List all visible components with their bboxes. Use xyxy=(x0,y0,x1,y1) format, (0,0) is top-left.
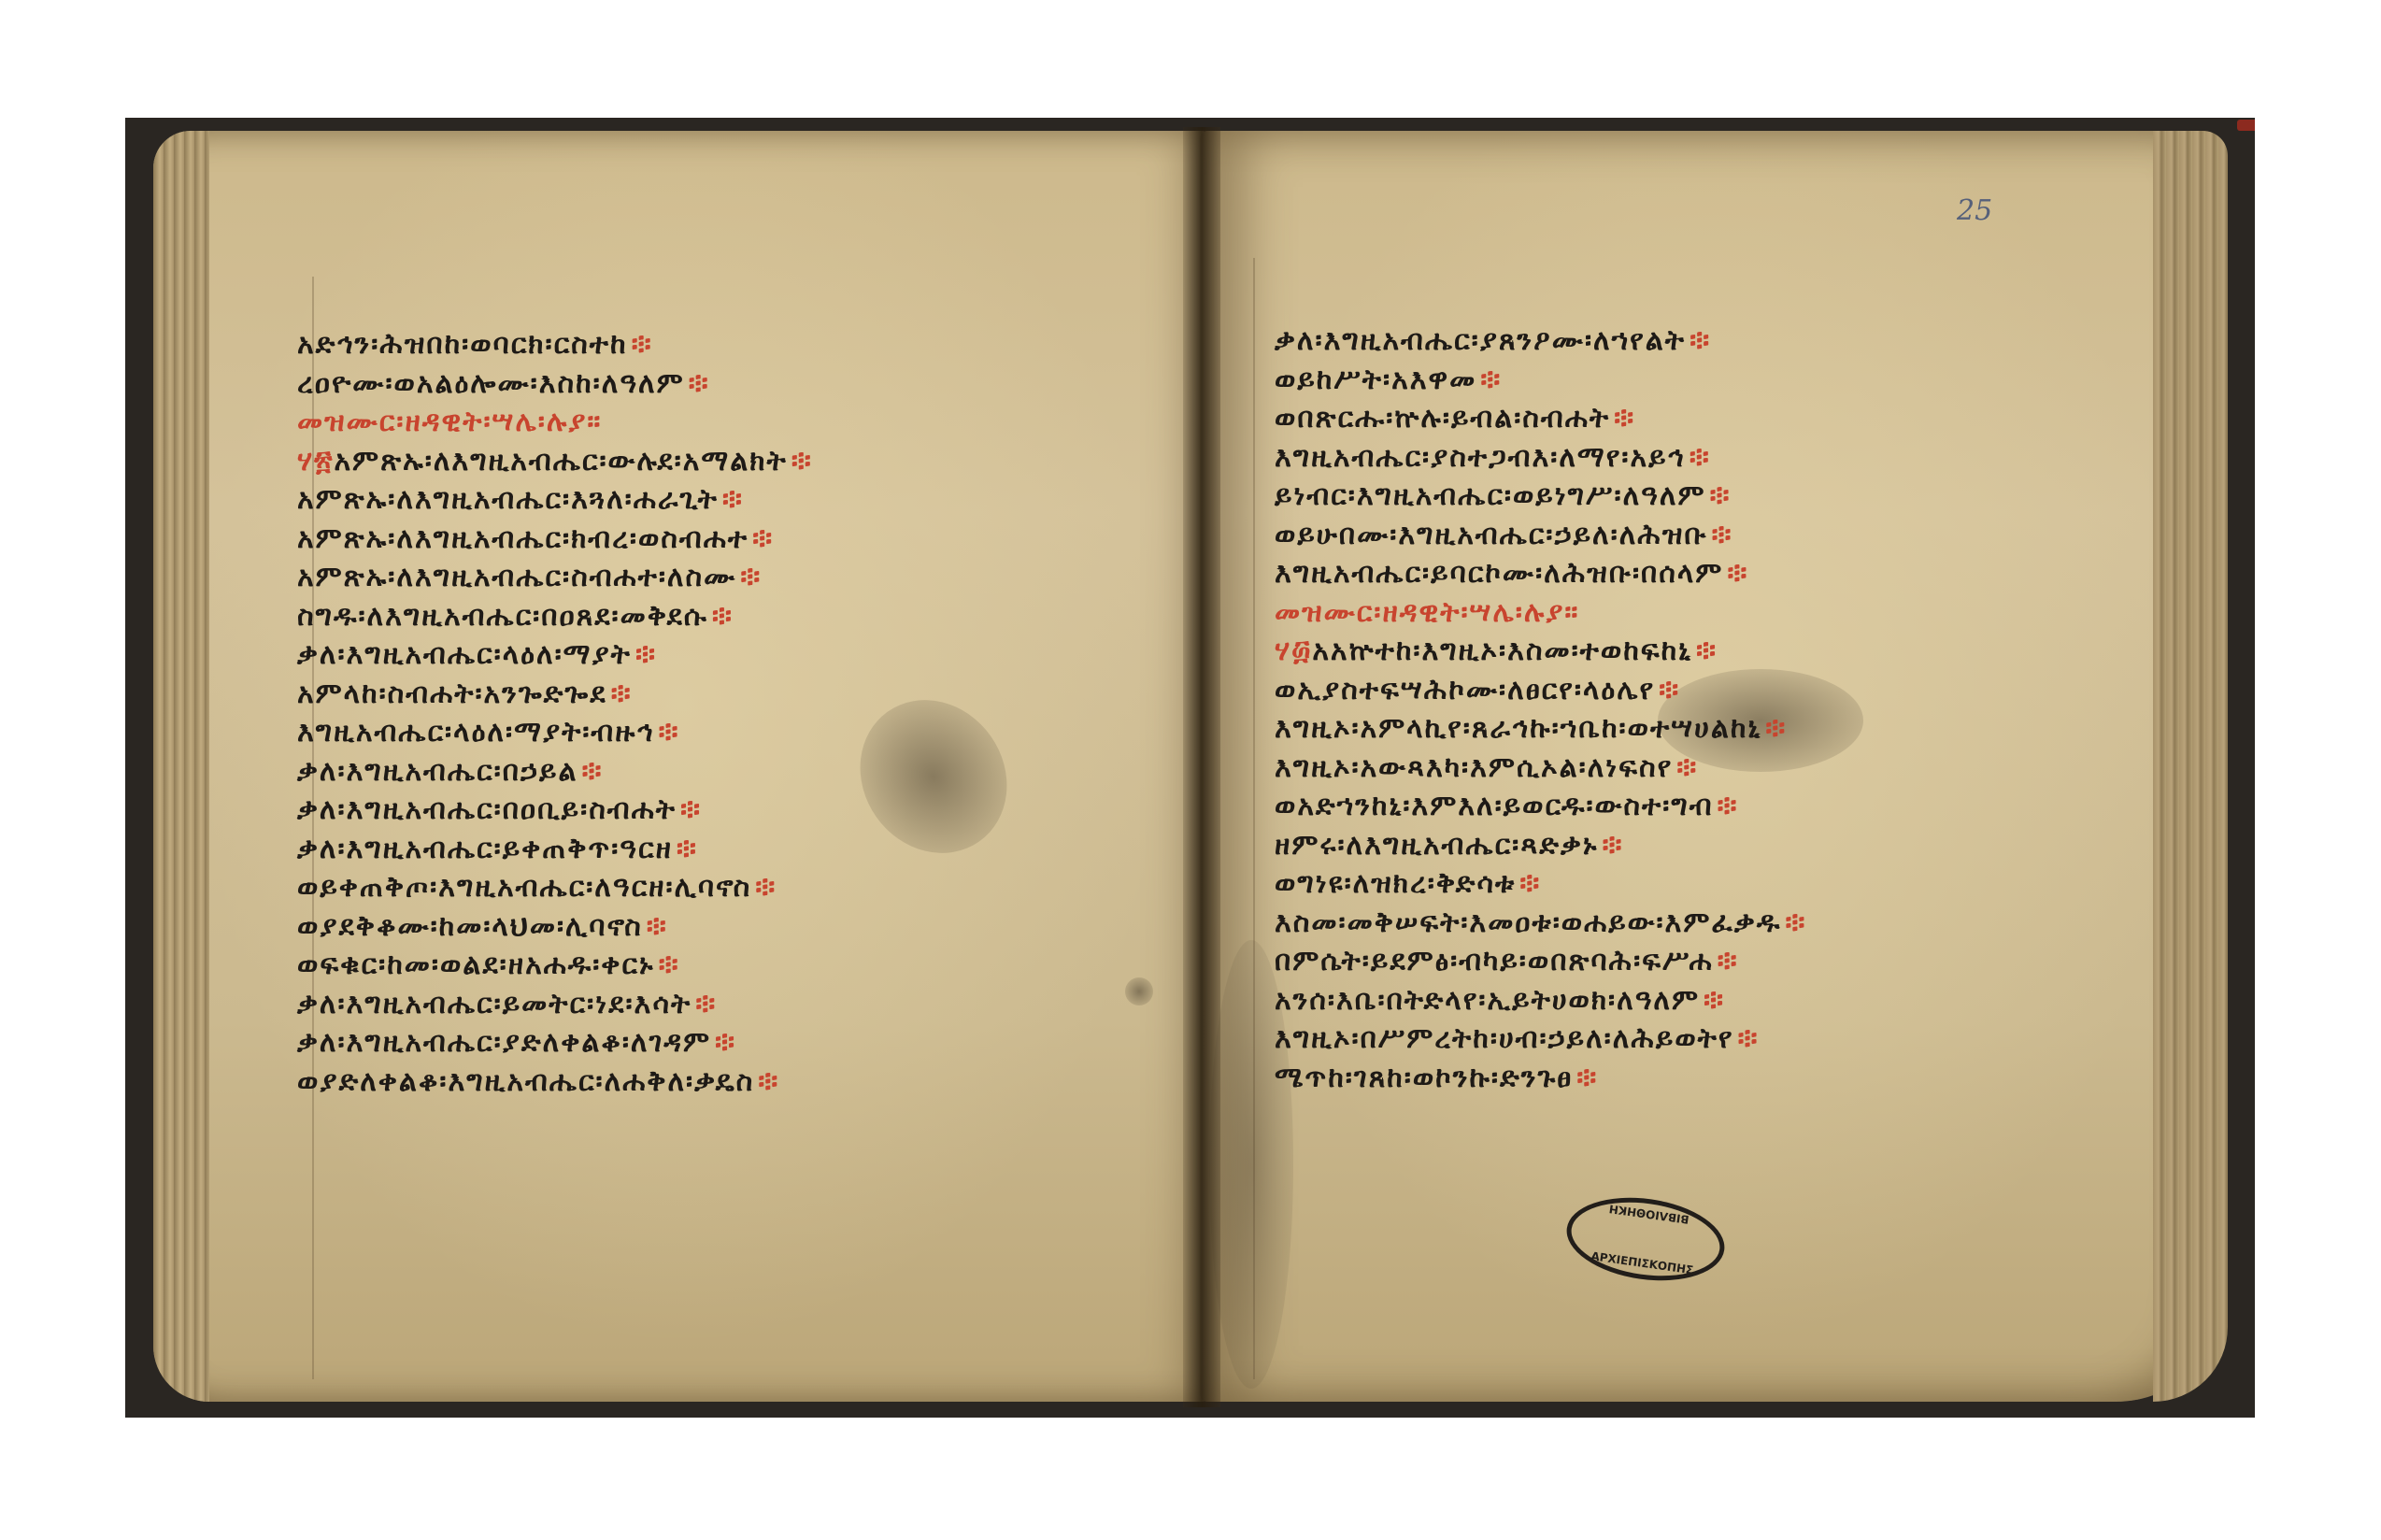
text-line: ቃለ፡እግዚአብሔር፡ይቀጠቅጥ፡ዓርዘ፨ xyxy=(297,830,813,869)
text-line: ወኢያስተፍሣሕኮሙ፡ለፀርየ፡ላዕሌየ፨ xyxy=(1275,671,1806,710)
text-line: አምጽኡ፡ለእግዚአብሔር፡ስብሐተ፡ለስሙ፨ xyxy=(297,558,813,597)
text-line: ወያድለቀልቆ፡እግዚአብሔር፡ለሐቅለ፡ቃዴስ፨ xyxy=(297,1062,813,1102)
text-line: አድኅን፡ሕዝበከ፡ወባርክ፡ርስተከ፨ xyxy=(297,325,813,364)
text-line: አምላከ፡ስብሐት፡አንጐድጐደ፨ xyxy=(297,675,813,714)
text-line: ወይቀጠቅጦ፡እግዚአብሔር፡ለዓርዘ፡ሊባኖስ፨ xyxy=(297,868,813,907)
text-line: ወግነዩ፡ለዝክረ፡ቅድሳቱ፨ xyxy=(1275,864,1806,904)
text-line: ወፍቁር፡ከመ፡ወልደ፡ዘአሐዱ፡ቀርኑ፨ xyxy=(297,946,813,985)
psalm-number: ሃ፴ xyxy=(1275,635,1312,667)
text-line: ስግዱ፡ለእግዚአብሔር፡በዐጸደ፡መቅደሱ፨ xyxy=(297,597,813,636)
text-line: ወያደቅቆሙ፡ከመ፡ላህመ፡ሊባኖስ፨ xyxy=(297,907,813,947)
rubric-heading: መዝሙር፡ዘዳዊት፡ሣሌ፡ሉያ። xyxy=(1275,593,1806,633)
text-line: ሜጥከ፡ገጸከ፡ወኮንኩ፡ድንጉፀ፨ xyxy=(1275,1059,1806,1098)
folio-number: 25 xyxy=(1957,194,1992,227)
psalm-number: ሃ፳ xyxy=(297,445,334,478)
text-line: ሃ፳አምጽኡ፡ለእግዚአብሔር፡ውሉደ፡አማልክት፨ xyxy=(297,442,813,481)
text-line: ወበጽርሑ፡ኵሉ፡ይብል፡ስብሐት፨ xyxy=(1275,399,1806,438)
text-line: አንሰ፡እቤ፡በትድላየ፡ኢይትሀወክ፡ለዓለም፨ xyxy=(1275,981,1806,1020)
text-line: እግዚአብሔር፡ያስተጋብእ፡ለማየ፡አይኅ፨ xyxy=(1275,438,1806,478)
text-line: ዘምሩ፡ለእግዚአብሔር፡ጻድቃኑ፨ xyxy=(1275,826,1806,865)
rubric-heading: መዝሙር፡ዘዳዊት፡ሣሌ፡ሉያ። xyxy=(297,403,813,442)
right-page-text: ቃለ፡እግዚአብሔር፡ያጸንዖሙ፡ለኀየልት፨ ወይከሥት፡አእዋመ፨ ወበጽር… xyxy=(1275,321,1806,1097)
text-line: ቃለ፡እግዚአብሔር፡በዐቢይ፡ስብሐት፨ xyxy=(297,791,813,830)
text-line: እግዚአብሔር፡ይባርኮሙ፡ለሕዝቡ፡በሰላም፨ xyxy=(1275,554,1806,593)
text-line: ቃለ፡እግዚአብሔር፡ይመትር፡ነደ፡እሳት፨ xyxy=(297,985,813,1024)
text-line: ወይከሥት፡አእዋመ፨ xyxy=(1275,361,1806,400)
red-edge-mark xyxy=(2237,120,2255,131)
text-line: ቃለ፡እግዚአብሔር፡ያድለቀልቆ፡ለገዳም፨ xyxy=(297,1023,813,1062)
left-page-text: አድኅን፡ሕዝበከ፡ወባርክ፡ርስተከ፨ ረዐዮሙ፡ወአልዕሎሙ፡እስከ፡ለዓለ… xyxy=(297,325,813,1101)
text-line: ወይሁበሙ፡እግዚአብሔር፡ኃይለ፡ለሕዝቡ፨ xyxy=(1275,516,1806,555)
text-line: ወአድኀንከኒ፡እምእለ፡ይወርዱ፡ውስተ፡ግብ፨ xyxy=(1275,787,1806,826)
text-line: እግዚኦ፡አምላኪየ፡ጸራኅኩ፡ኀቤከ፡ወተሣሀልከኒ፨ xyxy=(1275,709,1806,749)
text-line: አምጽኡ፡ለእግዚአብሔር፡ክብረ፡ወስብሐተ፨ xyxy=(297,520,813,559)
right-page-edges xyxy=(2153,131,2228,1402)
text-line: እስመ፡መቅሠፍት፡እመዐቱ፡ወሐይው፡እምፈቃዱ፨ xyxy=(1275,904,1806,943)
spot-stain xyxy=(1125,977,1153,1005)
text-line: ይነብር፡እግዚአብሔር፡ወይነግሥ፡ለዓለም፨ xyxy=(1275,477,1806,516)
text-line: ረዐዮሙ፡ወአልዕሎሙ፡እስከ፡ለዓለም፨ xyxy=(297,364,813,404)
text-line: አምጽኡ፡ለእግዚአብሔር፡እጓለ፡ሐራጊት፨ xyxy=(297,480,813,520)
text-line: በምሴት፡ይደምፅ፡ብካይ፡ወበጽባሕ፡ፍሥሐ፨ xyxy=(1275,942,1806,981)
text-line: እግዚአብሔር፡ላዕለ፡ማያት፡ብዙኅ፨ xyxy=(297,713,813,752)
text-line: እግዚኦ፡አውጻእካ፡እምሲኦል፡ለነፍስየ፨ xyxy=(1275,749,1806,788)
text-line: ቃለ፡እግዚአብሔር፡ላዕለ፡ማያት፨ xyxy=(297,635,813,675)
text-line: ሃ፴አአኵተከ፡እግዚኦ፡እስመ፡ተወከፍከኒ፨ xyxy=(1275,632,1806,671)
left-page-edges xyxy=(153,131,209,1402)
text-line: ቃለ፡እግዚአብሔር፡ያጸንዖሙ፡ለኀየልት፨ xyxy=(1275,321,1806,361)
text-line: እግዚኦ፡በሥምረትከ፡ሀብ፡ኃይለ፡ለሕይወትየ፨ xyxy=(1275,1020,1806,1059)
text-line: ቃለ፡እግዚአብሔር፡በኃይል፨ xyxy=(297,752,813,791)
